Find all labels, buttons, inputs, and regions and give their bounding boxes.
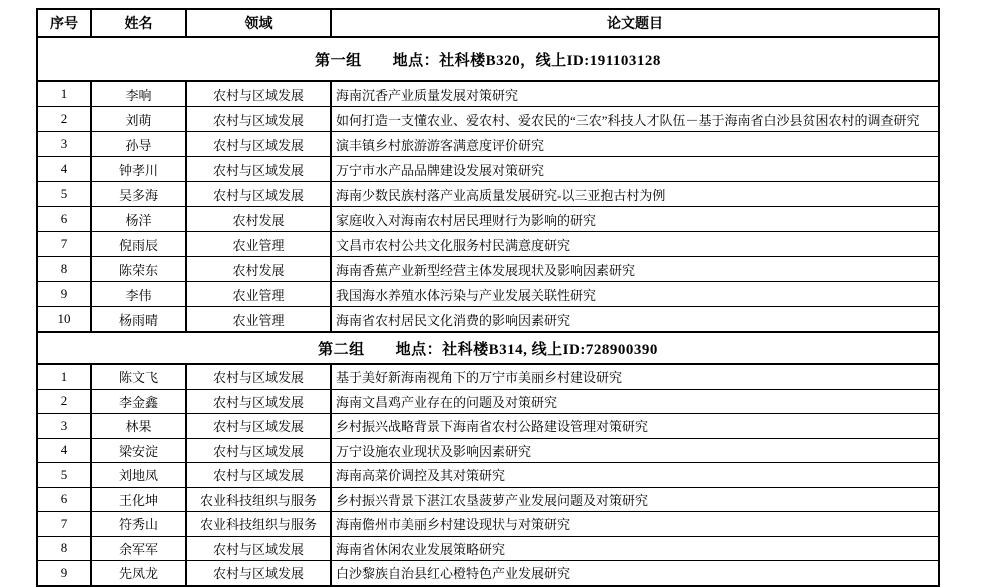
table-row: 3 林果 农村与区域发展 乡村振兴战略背景下海南省农村公路建设管理对策研究	[37, 414, 939, 439]
group-header-row-1: 第一组 地点：社科楼B320，线上ID:191103128	[37, 37, 939, 81]
thesis-title-cell: 海南文昌鸡产业存在的问题及对策研究	[331, 389, 939, 414]
table-row: 4 梁安淀 农村与区域发展 万宁设施农业现状及影响因素研究	[37, 438, 939, 463]
name-cell: 陈文飞	[91, 364, 186, 389]
table-row: 8 余军军 农村与区域发展 海南省休闲农业发展策略研究	[37, 536, 939, 561]
row-number-cell: 6	[37, 487, 91, 512]
table-row: 9 李伟 农业管理 我国海水养殖水体污染与产业发展关联性研究	[37, 282, 939, 307]
column-header-number: 序号	[37, 9, 91, 37]
column-header-field: 领域	[186, 9, 331, 37]
thesis-title-cell: 如何打造一支懂农业、爱农村、爱农民的“三农”科技人才队伍－基于海南省白沙县贫困农…	[331, 107, 939, 132]
field-cell: 农村发展	[186, 207, 331, 232]
name-cell: 李响	[91, 81, 186, 107]
name-cell: 李伟	[91, 282, 186, 307]
name-cell: 陈荣东	[91, 257, 186, 282]
name-cell: 林果	[91, 414, 186, 439]
row-number-cell: 9	[37, 561, 91, 586]
table-row: 9 先凤龙 农村与区域发展 白沙黎族自治县红心橙特色产业发展研究	[37, 561, 939, 586]
table-row: 1 李响 农村与区域发展 海南沉香产业质量发展对策研究	[37, 81, 939, 107]
thesis-title-cell: 海南省农村居民文化消费的影响因素研究	[331, 307, 939, 333]
field-cell: 农村与区域发展	[186, 389, 331, 414]
thesis-title-cell: 万宁设施农业现状及影响因素研究	[331, 438, 939, 463]
thesis-title-cell: 家庭收入对海南农村居民理财行为影响的研究	[331, 207, 939, 232]
field-cell: 农村与区域发展	[186, 463, 331, 488]
name-cell: 王化坤	[91, 487, 186, 512]
page: 序号 姓名 领域 论文题目 第一组 地点：社科楼B320，线上ID:191103…	[0, 0, 990, 587]
name-cell: 倪雨辰	[91, 232, 186, 257]
name-cell: 杨洋	[91, 207, 186, 232]
thesis-title-cell: 基于美好新海南视角下的万宁市美丽乡村建设研究	[331, 364, 939, 389]
thesis-title-cell: 乡村振兴战略背景下海南省农村公路建设管理对策研究	[331, 414, 939, 439]
table-header-row: 序号 姓名 领域 论文题目	[37, 9, 939, 37]
field-cell: 农村与区域发展	[186, 561, 331, 586]
row-number-cell: 4	[37, 157, 91, 182]
name-cell: 刘地凤	[91, 463, 186, 488]
table-row: 8 陈荣东 农村发展 海南香蕉产业新型经营主体发展现状及影响因素研究	[37, 257, 939, 282]
thesis-title-cell: 乡村振兴背景下湛江农垦菠萝产业发展问题及对策研究	[331, 487, 939, 512]
table-row: 2 李金鑫 农村与区域发展 海南文昌鸡产业存在的问题及对策研究	[37, 389, 939, 414]
row-number-cell: 10	[37, 307, 91, 333]
thesis-title-cell: 白沙黎族自治县红心橙特色产业发展研究	[331, 561, 939, 586]
thesis-title-cell: 海南香蕉产业新型经营主体发展现状及影响因素研究	[331, 257, 939, 282]
table-row: 2 刘萌 农村与区域发展 如何打造一支懂农业、爱农村、爱农民的“三农”科技人才队…	[37, 107, 939, 132]
thesis-title-cell: 文昌市农村公共文化服务村民满意度研究	[331, 232, 939, 257]
thesis-title-cell: 我国海水养殖水体污染与产业发展关联性研究	[331, 282, 939, 307]
row-number-cell: 7	[37, 232, 91, 257]
table-row: 6 杨洋 农村发展 家庭收入对海南农村居民理财行为影响的研究	[37, 207, 939, 232]
row-number-cell: 9	[37, 282, 91, 307]
name-cell: 余军军	[91, 536, 186, 561]
thesis-title-cell: 演丰镇乡村旅游游客满意度评价研究	[331, 132, 939, 157]
field-cell: 农业管理	[186, 282, 331, 307]
column-header-thesis-title: 论文题目	[331, 9, 939, 37]
group-2-title: 第二组 地点：社科楼B314, 线上ID:728900390	[37, 332, 939, 364]
name-cell: 孙导	[91, 132, 186, 157]
row-number-cell: 2	[37, 389, 91, 414]
field-cell: 农村与区域发展	[186, 132, 331, 157]
name-cell: 钟孝川	[91, 157, 186, 182]
field-cell: 农村与区域发展	[186, 81, 331, 107]
name-cell: 刘萌	[91, 107, 186, 132]
field-cell: 农业管理	[186, 232, 331, 257]
name-cell: 杨雨晴	[91, 307, 186, 333]
table-row: 1 陈文飞 农村与区域发展 基于美好新海南视角下的万宁市美丽乡村建设研究	[37, 364, 939, 389]
table-row: 5 吴多海 农村与区域发展 海南少数民族村落产业高质量发展研究-以三亚抱古村为例	[37, 182, 939, 207]
field-cell: 农业管理	[186, 307, 331, 333]
field-cell: 农村与区域发展	[186, 536, 331, 561]
thesis-title-cell: 海南少数民族村落产业高质量发展研究-以三亚抱古村为例	[331, 182, 939, 207]
table-row: 5 刘地凤 农村与区域发展 海南高菜价调控及其对策研究	[37, 463, 939, 488]
table-row: 7 符秀山 农业科技组织与服务 海南儋州市美丽乡村建设现状与对策研究	[37, 512, 939, 537]
field-cell: 农村与区域发展	[186, 107, 331, 132]
thesis-title-cell: 海南沉香产业质量发展对策研究	[331, 81, 939, 107]
thesis-title-cell: 海南省休闲农业发展策略研究	[331, 536, 939, 561]
field-cell: 农业科技组织与服务	[186, 512, 331, 537]
group-1-title: 第一组 地点：社科楼B320，线上ID:191103128	[37, 37, 939, 81]
field-cell: 农业科技组织与服务	[186, 487, 331, 512]
row-number-cell: 8	[37, 536, 91, 561]
row-number-cell: 2	[37, 107, 91, 132]
defense-schedule-table: 序号 姓名 领域 论文题目 第一组 地点：社科楼B320，线上ID:191103…	[36, 8, 940, 587]
table-row: 4 钟孝川 农村与区域发展 万宁市水产品品牌建设发展对策研究	[37, 157, 939, 182]
thesis-title-cell: 万宁市水产品品牌建设发展对策研究	[331, 157, 939, 182]
name-cell: 李金鑫	[91, 389, 186, 414]
column-header-name: 姓名	[91, 9, 186, 37]
name-cell: 符秀山	[91, 512, 186, 537]
row-number-cell: 3	[37, 414, 91, 439]
row-number-cell: 3	[37, 132, 91, 157]
field-cell: 农村与区域发展	[186, 438, 331, 463]
row-number-cell: 5	[37, 463, 91, 488]
row-number-cell: 1	[37, 364, 91, 389]
row-number-cell: 5	[37, 182, 91, 207]
row-number-cell: 1	[37, 81, 91, 107]
name-cell: 梁安淀	[91, 438, 186, 463]
table-row: 7 倪雨辰 农业管理 文昌市农村公共文化服务村民满意度研究	[37, 232, 939, 257]
row-number-cell: 4	[37, 438, 91, 463]
field-cell: 农村与区域发展	[186, 414, 331, 439]
row-number-cell: 8	[37, 257, 91, 282]
field-cell: 农村与区域发展	[186, 182, 331, 207]
table-row: 6 王化坤 农业科技组织与服务 乡村振兴背景下湛江农垦菠萝产业发展问题及对策研究	[37, 487, 939, 512]
group-header-row-2: 第二组 地点：社科楼B314, 线上ID:728900390	[37, 332, 939, 364]
row-number-cell: 6	[37, 207, 91, 232]
table-row: 10 杨雨晴 农业管理 海南省农村居民文化消费的影响因素研究	[37, 307, 939, 333]
field-cell: 农村与区域发展	[186, 157, 331, 182]
table-row: 3 孙导 农村与区域发展 演丰镇乡村旅游游客满意度评价研究	[37, 132, 939, 157]
name-cell: 吴多海	[91, 182, 186, 207]
thesis-title-cell: 海南高菜价调控及其对策研究	[331, 463, 939, 488]
row-number-cell: 7	[37, 512, 91, 537]
name-cell: 先凤龙	[91, 561, 186, 586]
field-cell: 农村与区域发展	[186, 364, 331, 389]
thesis-title-cell: 海南儋州市美丽乡村建设现状与对策研究	[331, 512, 939, 537]
field-cell: 农村发展	[186, 257, 331, 282]
